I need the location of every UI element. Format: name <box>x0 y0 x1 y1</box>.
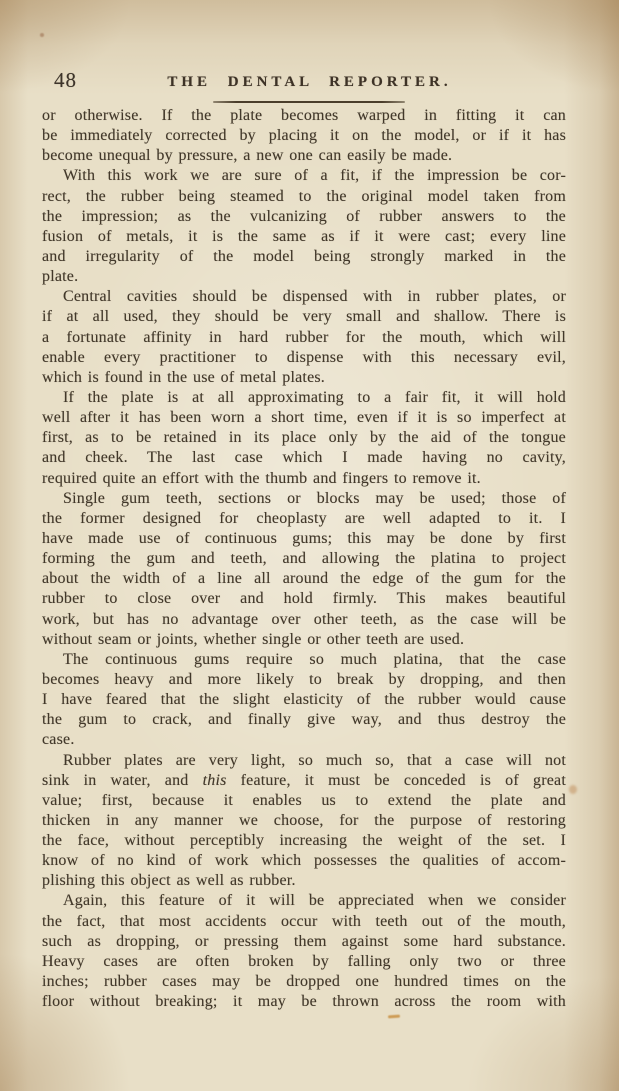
text-line: have made use of continuous gums; this m… <box>42 529 566 549</box>
text-line: sink in water, and this feature, it must… <box>42 771 566 791</box>
text-line: the fact, that most accidents occur with… <box>42 912 566 932</box>
text-line: The continuous gums require so much plat… <box>42 650 566 670</box>
text-segment: about the width of a line all around the… <box>42 570 566 587</box>
italic-text: this <box>203 772 227 789</box>
text-line: and irregularity of the model being stro… <box>42 247 566 267</box>
text-segment: or otherwise. If the plate becomes warpe… <box>42 107 566 124</box>
paragraph: The continuous gums require so much plat… <box>42 650 566 751</box>
text-line: if at all used, they should be very smal… <box>42 307 566 327</box>
text-segment: forming the gum and teeth, and allowing … <box>42 550 566 567</box>
paragraph: If the plate is at all approximating to … <box>42 388 566 489</box>
text-line: forming the gum and teeth, and allowing … <box>42 549 566 569</box>
paragraph: With this work we are sure of a fit, if … <box>42 166 566 287</box>
paragraph: Rubber plates are very light, so much so… <box>42 751 566 892</box>
text-line: Heavy cases are often broken by falling … <box>42 952 566 972</box>
text-line: I have feared that the slight elasticity… <box>42 690 566 710</box>
text-line: case. <box>42 730 566 750</box>
text-segment: plate. <box>42 268 78 285</box>
header-rule <box>213 101 405 103</box>
text-segment: rect, the rubber being steamed to the or… <box>42 188 566 205</box>
text-line: about the width of a line all around the… <box>42 569 566 589</box>
text-segment: enable every practitioner to dispense wi… <box>42 349 566 366</box>
text-line: plishing this object as well as rubber. <box>42 871 566 891</box>
text-segment: If the plate is at all approximating to … <box>63 389 566 406</box>
text-segment: be immediately corrected by placing it o… <box>42 127 566 144</box>
text-segment: and irregularity of the model being stro… <box>42 248 566 265</box>
text-segment: becomes heavy and more likely to break b… <box>42 671 566 688</box>
paragraph: Central cavities should be dispensed wit… <box>42 287 566 388</box>
text-line: well after it has been worn a short time… <box>42 408 566 428</box>
text-segment: the former designed for cheoplasty are w… <box>42 510 566 527</box>
text-line: Single gum teeth, sections or blocks may… <box>42 489 566 509</box>
text-segment: the fact, that most accidents occur with… <box>42 913 566 930</box>
text-line: and cheek. The last case which I made ha… <box>42 448 566 468</box>
text-segment: a fortunate affinity in hard rubber for … <box>42 329 566 346</box>
text-line: required quite an effort with the thumb … <box>42 469 566 489</box>
text-segment: The continuous gums require so much plat… <box>63 651 566 668</box>
text-segment: required quite an effort with the thumb … <box>42 470 481 487</box>
text-line: inches; rubber cases may be dropped one … <box>42 972 566 992</box>
text-line: With this work we are sure of a fit, if … <box>42 166 566 186</box>
paper-stain <box>40 33 44 37</box>
text-segment: Central cavities should be dispensed wit… <box>63 288 566 305</box>
text-segment: feature, it must be conceded is of great <box>227 772 566 789</box>
text-segment: the impression; as the vulcanizing of ru… <box>42 208 566 225</box>
text-line: value; first, because it enables us to e… <box>42 791 566 811</box>
text-segment: and cheek. The last case which I made ha… <box>42 449 566 466</box>
text-line: Again, this feature of it will be apprec… <box>42 891 566 911</box>
text-line: work, but has no advantage over other te… <box>42 610 566 630</box>
text-line: know of no kind of work which possesses … <box>42 851 566 871</box>
paragraph: or otherwise. If the plate becomes warpe… <box>42 106 566 166</box>
text-line: enable every practitioner to dispense wi… <box>42 348 566 368</box>
paragraph: Single gum teeth, sections or blocks may… <box>42 489 566 650</box>
text-line: first, as to be retained in its place on… <box>42 428 566 448</box>
text-segment: plishing this object as well as rubber. <box>42 872 296 889</box>
text-segment: become unequal by pressure, a new one ca… <box>42 147 452 164</box>
text-line: which is found in the use of metal plate… <box>42 368 566 388</box>
text-segment: inches; rubber cases may be dropped one … <box>42 973 566 990</box>
text-segment: which is found in the use of metal plate… <box>42 369 325 386</box>
text-line: plate. <box>42 267 566 287</box>
text-segment: rubber to close over and hold firmly. Th… <box>42 590 566 607</box>
text-line: If the plate is at all approximating to … <box>42 388 566 408</box>
text-line: the gum to crack, and finally give way, … <box>42 710 566 730</box>
paper-stain <box>388 1015 400 1019</box>
text-segment: Rubber plates are very light, so much so… <box>63 752 566 769</box>
text-segment: Heavy cases are often broken by falling … <box>42 953 566 970</box>
text-line: floor without breaking; it may be thrown… <box>42 992 566 1012</box>
text-line: becomes heavy and more likely to break b… <box>42 670 566 690</box>
text-segment: value; first, because it enables us to e… <box>42 792 566 809</box>
text-segment: Single gum teeth, sections or blocks may… <box>63 490 566 507</box>
text-segment: sink in water, and <box>42 772 203 789</box>
text-segment: work, but has no advantage over other te… <box>42 611 566 628</box>
text-line: without seam or joints, whether single o… <box>42 630 566 650</box>
text-line: the former designed for cheoplasty are w… <box>42 509 566 529</box>
text-segment: floor without breaking; it may be thrown… <box>42 993 566 1010</box>
text-line: rubber to close over and hold firmly. Th… <box>42 589 566 609</box>
text-line: rect, the rubber being steamed to the or… <box>42 187 566 207</box>
text-segment: fusion of metals, it is the same as if i… <box>42 228 566 245</box>
text-line: Central cavities should be dispensed wit… <box>42 287 566 307</box>
text-segment: thicken in any manner we choose, for the… <box>42 812 566 829</box>
text-segment: I have feared that the slight elasticity… <box>42 691 566 708</box>
page-body: or otherwise. If the plate becomes warpe… <box>42 106 566 1012</box>
journal-title: THE DENTAL REPORTER. <box>0 74 619 91</box>
text-segment: have made use of continuous gums; this m… <box>42 530 566 547</box>
text-segment: Again, this feature of it will be apprec… <box>63 892 566 909</box>
text-segment: if at all used, they should be very smal… <box>42 308 566 325</box>
text-segment: without seam or joints, whether single o… <box>42 631 464 648</box>
text-segment: first, as to be retained in its place on… <box>42 429 566 446</box>
paper-stain <box>569 785 577 794</box>
text-line: Rubber plates are very light, so much so… <box>42 751 566 771</box>
text-line: thicken in any manner we choose, for the… <box>42 811 566 831</box>
scanned-page: 48 THE DENTAL REPORTER. or otherwise. If… <box>0 0 619 1091</box>
text-line: the impression; as the vulcanizing of ru… <box>42 207 566 227</box>
text-line: a fortunate affinity in hard rubber for … <box>42 328 566 348</box>
text-line: become unequal by pressure, a new one ca… <box>42 146 566 166</box>
text-line: or otherwise. If the plate becomes warpe… <box>42 106 566 126</box>
text-line: the face, without perceptibly increasing… <box>42 831 566 851</box>
text-segment: case. <box>42 731 75 748</box>
paragraph: Again, this feature of it will be apprec… <box>42 891 566 1012</box>
text-segment: the gum to crack, and finally give way, … <box>42 711 566 728</box>
text-segment: the face, without perceptibly increasing… <box>42 832 566 849</box>
text-segment: such as dropping, or pressing them again… <box>42 933 566 950</box>
text-segment: With this work we are sure of a fit, if … <box>63 167 566 184</box>
text-segment: well after it has been worn a short time… <box>42 409 566 426</box>
text-line: be immediately corrected by placing it o… <box>42 126 566 146</box>
text-line: fusion of metals, it is the same as if i… <box>42 227 566 247</box>
text-line: such as dropping, or pressing them again… <box>42 932 566 952</box>
text-segment: know of no kind of work which possesses … <box>42 852 566 869</box>
